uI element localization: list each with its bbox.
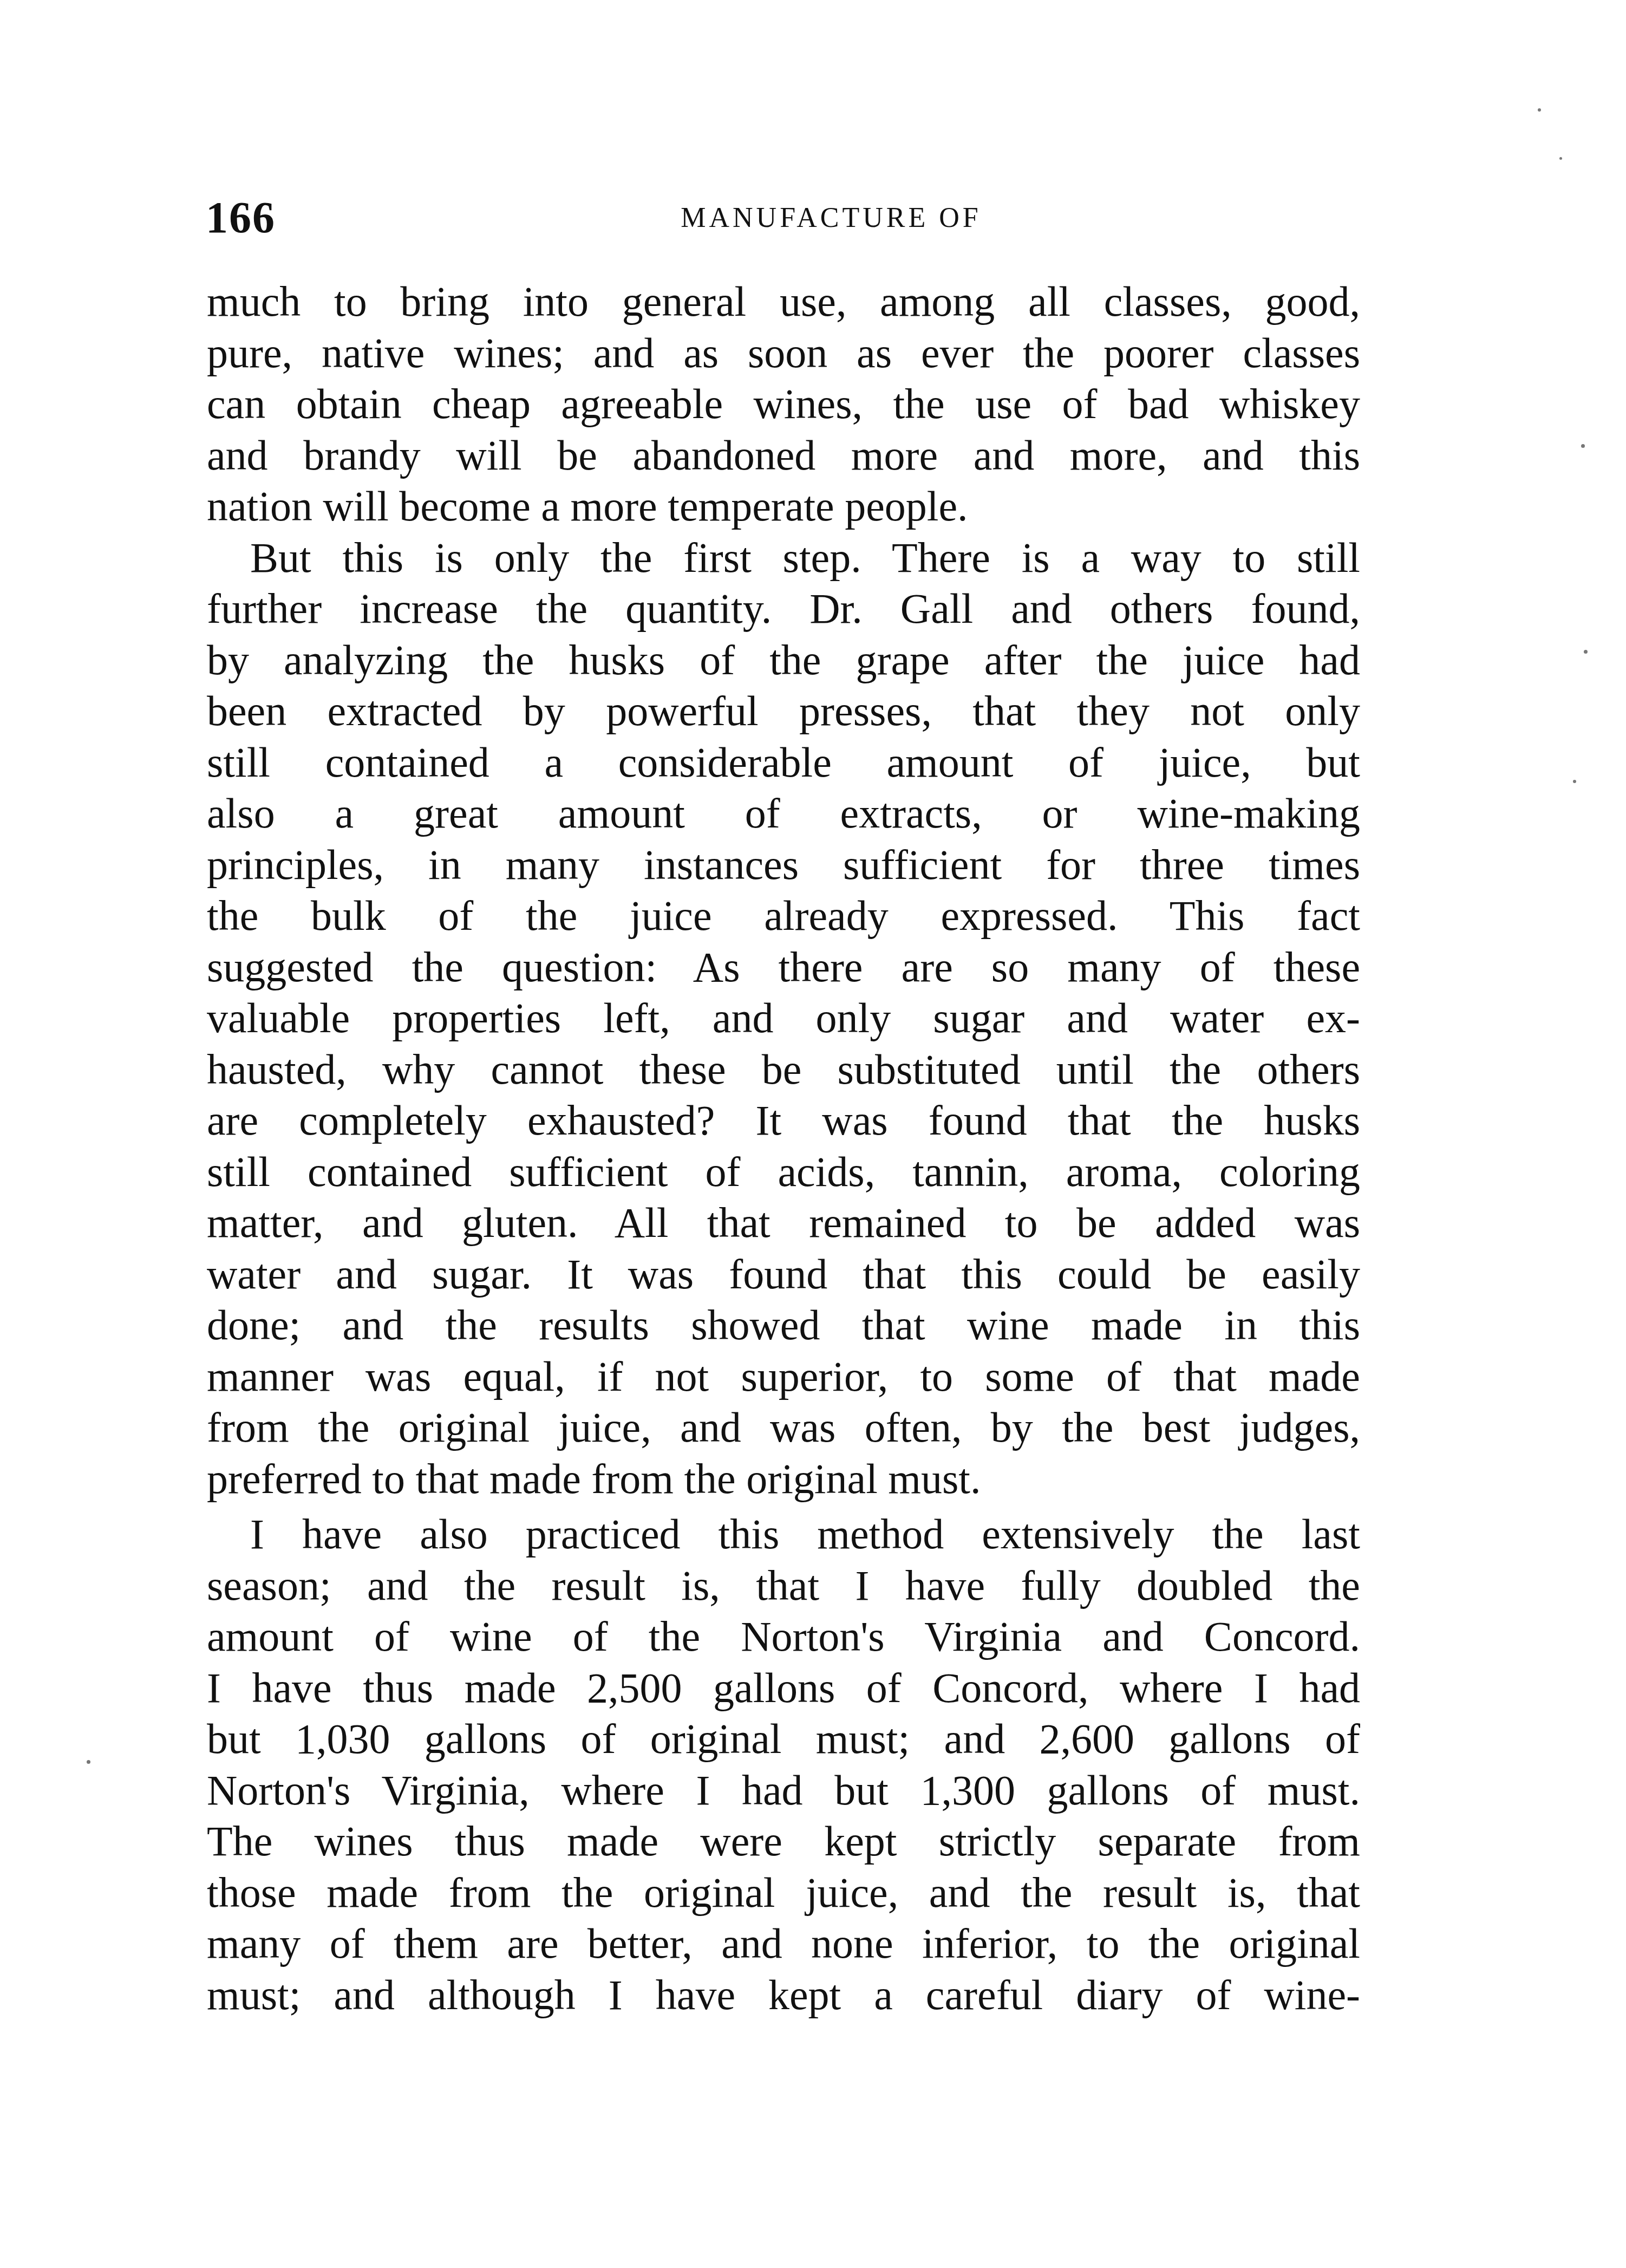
text-line: but 1,030 gallons of original must; and … — [207, 1713, 1360, 1765]
text-line: must; and although I have kept a careful… — [207, 1970, 1360, 2021]
text-line: valuable properties left, and only sugar… — [207, 993, 1360, 1044]
text-line: amount of wine of the Norton's Virginia … — [207, 1611, 1360, 1663]
text-line: those made from the original juice, and … — [207, 1867, 1360, 1919]
text-line: I have also practiced this method extens… — [207, 1509, 1360, 1560]
text-line: still contained a considerable amount of… — [207, 737, 1360, 788]
text-line: are completely exhausted? It was found t… — [207, 1095, 1360, 1146]
scan-speck — [87, 1760, 90, 1764]
paragraph-1: much to bring into general use, among al… — [207, 276, 1360, 532]
text-line: suggested the question: As there are so … — [207, 942, 1360, 993]
paragraph-3: I have also practiced this method extens… — [207, 1509, 1360, 2021]
scan-speck — [1581, 444, 1585, 448]
text-line: water and sugar. It was found that this … — [207, 1249, 1360, 1300]
text-line: season; and the result is, that I have f… — [207, 1560, 1360, 1612]
text-line: still contained sufficient of acids, tan… — [207, 1146, 1360, 1198]
text-line: been extracted by powerful presses, that… — [207, 686, 1360, 737]
scan-speck — [1538, 108, 1541, 112]
text-line: pure, native wines; and as soon as ever … — [207, 328, 1360, 379]
text-line: further increase the quantity. Dr. Gall … — [207, 583, 1360, 635]
body-text: much to bring into general use, among al… — [207, 276, 1360, 2021]
running-head: MANUFACTURE OF — [206, 202, 1359, 234]
scan-speck — [1559, 157, 1562, 160]
page-header: 166 MANUFACTURE OF — [206, 192, 1359, 241]
text-line: nation will become a more temperate peop… — [207, 481, 1360, 532]
text-line: preferred to that made from the original… — [207, 1454, 1360, 1505]
text-line: much to bring into general use, among al… — [207, 276, 1360, 328]
text-line: from the original juice, and was often, … — [207, 1402, 1360, 1454]
paragraph-2: But this is only the first step. There i… — [207, 532, 1360, 1505]
text-line: But this is only the first step. There i… — [207, 532, 1360, 584]
scan-speck — [1573, 780, 1576, 783]
scan-speck — [1584, 650, 1588, 654]
text-line: manner was equal, if not superior, to so… — [207, 1351, 1360, 1403]
text-line: also a great amount of extracts, or wine… — [207, 788, 1360, 839]
text-line: the bulk of the juice already expressed.… — [207, 890, 1360, 942]
text-line: I have thus made 2,500 gallons of Concor… — [207, 1663, 1360, 1714]
text-line: The wines thus made were kept strictly s… — [207, 1816, 1360, 1867]
text-line: can obtain cheap agreeable wines, the us… — [207, 379, 1360, 430]
text-line: many of them are better, and none inferi… — [207, 1918, 1360, 1970]
text-line: done; and the results showed that wine m… — [207, 1300, 1360, 1351]
text-line: hausted, why cannot these be substituted… — [207, 1044, 1360, 1096]
text-line: matter, and gluten. All that remained to… — [207, 1197, 1360, 1249]
text-line: by analyzing the husks of the grape afte… — [207, 635, 1360, 686]
book-page: 166 MANUFACTURE OF much to bring into ge… — [0, 0, 1626, 2268]
text-line: and brandy will be abandoned more and mo… — [207, 430, 1360, 481]
text-line: Norton's Virginia, where I had but 1,300… — [207, 1765, 1360, 1816]
text-line: principles, in many instances sufficient… — [207, 839, 1360, 891]
